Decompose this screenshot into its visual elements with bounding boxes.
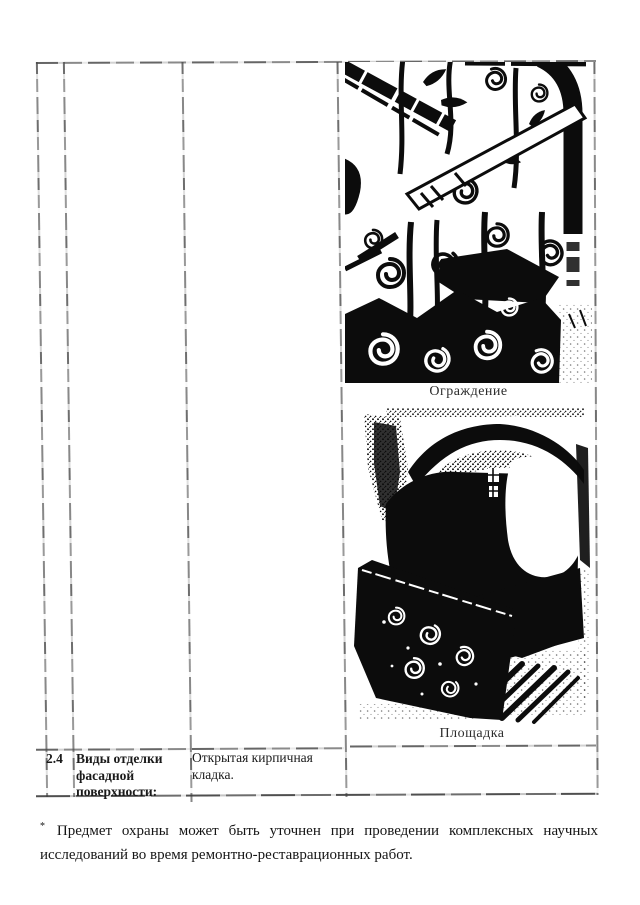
footnote: * Предмет охраны может быть уточнен при … [40, 815, 598, 867]
row-number: 2.4 [46, 751, 63, 768]
scanned-document-page: Ограждение [0, 0, 640, 905]
row-value: Открытая кирпичная кладка. [192, 749, 342, 783]
row-label: Виды отделки фасадной поверхности: [76, 751, 182, 801]
footnote-marker: * [40, 821, 45, 832]
landing-photo [352, 408, 592, 725]
table-divider-label-col [181, 62, 192, 802]
row-top-border-right [350, 744, 596, 747]
table-border-right [593, 62, 598, 795]
landing-photo-caption: Площадка [352, 726, 592, 742]
table-border-left [36, 62, 48, 797]
table-divider-number-col [63, 62, 75, 797]
footnote-text: Предмет охраны может быть уточнен при пр… [40, 823, 598, 863]
railing-photo-caption: Ограждение [345, 384, 592, 400]
railing-photo [345, 62, 592, 383]
